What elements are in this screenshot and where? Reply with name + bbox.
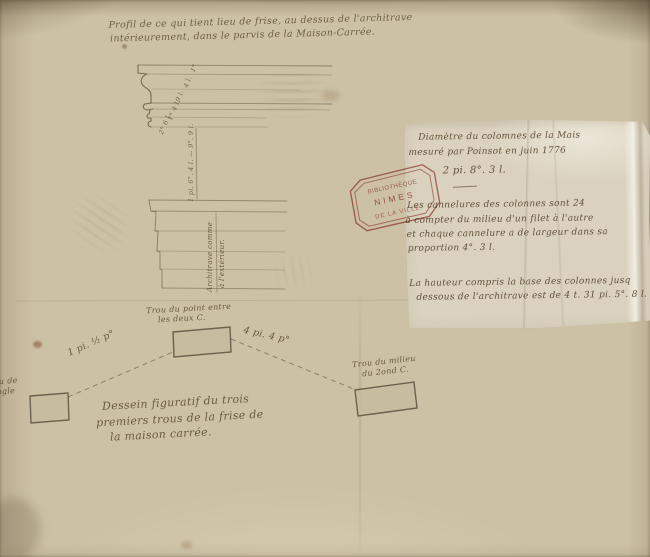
- note-line7: proportion 4°. 3 l.: [408, 243, 496, 254]
- pasted-note-paper: Diamètre du colomnes de la Mais mesuré p…: [404, 118, 650, 330]
- note-line6: et chaque cannelure a de largeur dans sa: [407, 227, 609, 240]
- frieze-measure: 1 pi. 6°. 4 l. — 9°. 9 l.: [187, 126, 195, 202]
- note-rule: [453, 186, 477, 188]
- architrave-note-line2: à l'extérieur.: [218, 214, 226, 288]
- note-line2: mesuré par Poinsot en juin 1776: [408, 146, 566, 158]
- note-line9: dessous de l'architrave est de 4 t. 31 p…: [416, 290, 647, 303]
- note-line1: Diamètre du colomnes de la Mais: [418, 131, 580, 143]
- separator-line: [16, 300, 438, 301]
- note-line3: 2 pi. 8°. 3 l.: [443, 165, 506, 177]
- hole-rect-left: [30, 393, 69, 423]
- hole-rect-middle: [173, 327, 231, 357]
- manuscript-page: Profil de ce qui tient lieu de frise, au…: [0, 0, 650, 557]
- note-line8: La hauteur compris la base des colonnes …: [409, 276, 631, 289]
- frieze-drawing: [196, 128, 197, 199]
- stamp-text-line3: DE LA VILLE: [375, 205, 421, 220]
- architrave-note-line1: Architrave comme: [206, 208, 214, 292]
- hole-rect-right: [355, 382, 417, 416]
